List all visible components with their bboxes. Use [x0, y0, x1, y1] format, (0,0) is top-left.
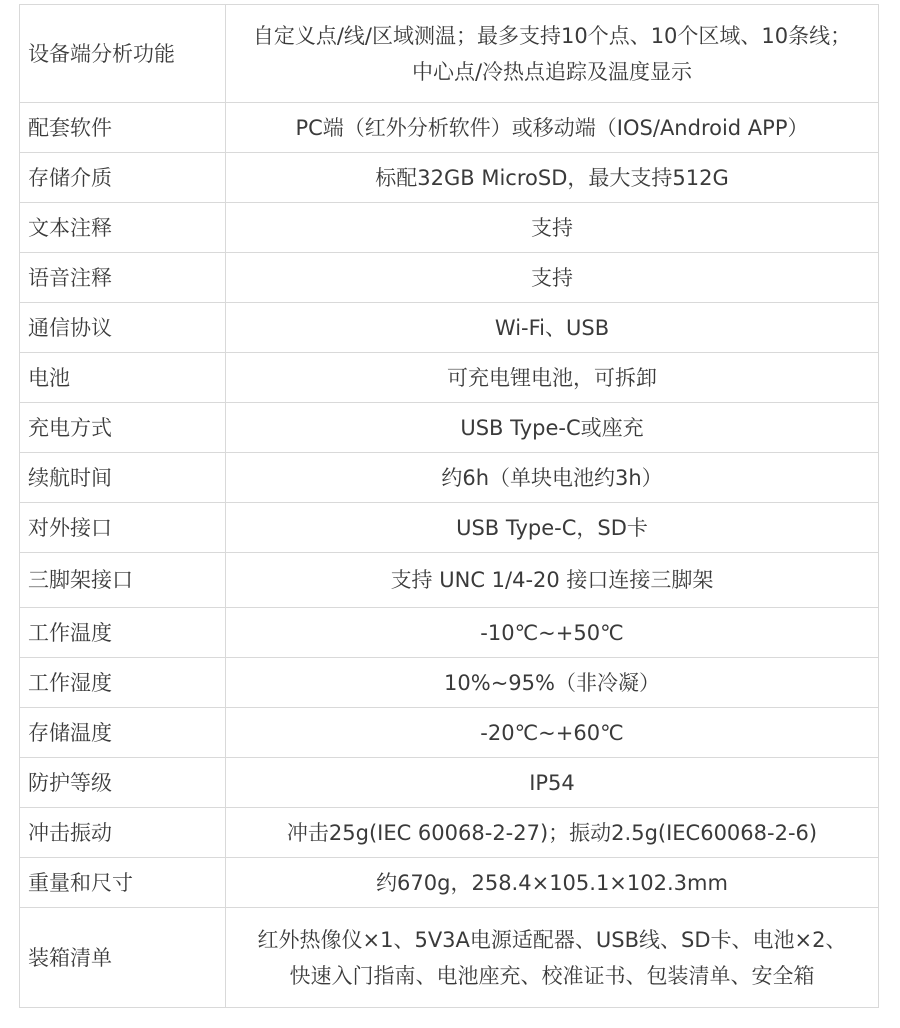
spec-value: USB Type-C或座充: [226, 403, 879, 453]
spec-label: 重量和尺寸: [20, 858, 226, 908]
spec-row-tripod: 三脚架接口 支持 UNC 1/4-20 接口连接三脚架: [20, 553, 879, 608]
spec-row-operating-humidity: 工作湿度 10%~95%（非冷凝）: [20, 658, 879, 708]
spec-row-storage-temp: 存储温度 -20℃~+60℃: [20, 708, 879, 758]
spec-value: 冲击25g(IEC 60068-2-27)；振动2.5g(IEC60068-2-…: [226, 808, 879, 858]
spec-label: 续航时间: [20, 453, 226, 503]
spec-value: 支持: [226, 253, 879, 303]
spec-row-software: 配套软件 PC端（红外分析软件）或移动端（IOS/Android APP）: [20, 103, 879, 153]
spec-value: 约670g，258.4×105.1×102.3mm: [226, 858, 879, 908]
spec-value: 支持 UNC 1/4-20 接口连接三脚架: [226, 553, 879, 608]
spec-label: 文本注释: [20, 203, 226, 253]
spec-value: 自定义点/线/区域测温；最多支持10个点、10个区域、10条线； 中心点/冷热点…: [226, 5, 879, 103]
spec-label: 冲击振动: [20, 808, 226, 858]
spec-label: 装箱清单: [20, 908, 226, 1008]
spec-value: 约6h（单块电池约3h）: [226, 453, 879, 503]
spec-value: -10℃~+50℃: [226, 608, 879, 658]
spec-value: 红外热像仪×1、5V3A电源适配器、USB线、SD卡、电池×2、 快速入门指南、…: [226, 908, 879, 1008]
spec-label: 设备端分析功能: [20, 5, 226, 103]
spec-value: IP54: [226, 758, 879, 808]
spec-label: 工作湿度: [20, 658, 226, 708]
spec-label: 充电方式: [20, 403, 226, 453]
spec-value: PC端（红外分析软件）或移动端（IOS/Android APP）: [226, 103, 879, 153]
spec-value: 标配32GB MicroSD，最大支持512G: [226, 153, 879, 203]
spec-label: 对外接口: [20, 503, 226, 553]
spec-value: 可充电锂电池，可拆卸: [226, 353, 879, 403]
spec-row-charging: 充电方式 USB Type-C或座充: [20, 403, 879, 453]
spec-value: -20℃~+60℃: [226, 708, 879, 758]
spec-row-operating-temp: 工作温度 -10℃~+50℃: [20, 608, 879, 658]
spec-row-voice-note: 语音注释 支持: [20, 253, 879, 303]
spec-label: 通信协议: [20, 303, 226, 353]
spec-value: USB Type-C，SD卡: [226, 503, 879, 553]
spec-label: 工作温度: [20, 608, 226, 658]
spec-row-weight: 重量和尺寸 约670g，258.4×105.1×102.3mm: [20, 858, 879, 908]
spec-row-storage: 存储介质 标配32GB MicroSD，最大支持512G: [20, 153, 879, 203]
spec-label: 防护等级: [20, 758, 226, 808]
spec-value: 10%~95%（非冷凝）: [226, 658, 879, 708]
spec-row-analysis: 设备端分析功能 自定义点/线/区域测温；最多支持10个点、10个区域、10条线；…: [20, 5, 879, 103]
spec-table: 设备端分析功能 自定义点/线/区域测温；最多支持10个点、10个区域、10条线；…: [19, 4, 879, 1008]
spec-value: 支持: [226, 203, 879, 253]
spec-row-battery: 电池 可充电锂电池，可拆卸: [20, 353, 879, 403]
spec-label: 存储介质: [20, 153, 226, 203]
spec-row-protocol: 通信协议 Wi-Fi、USB: [20, 303, 879, 353]
spec-row-interface: 对外接口 USB Type-C，SD卡: [20, 503, 879, 553]
spec-value: Wi-Fi、USB: [226, 303, 879, 353]
spec-row-endurance: 续航时间 约6h（单块电池约3h）: [20, 453, 879, 503]
spec-row-text-note: 文本注释 支持: [20, 203, 879, 253]
spec-label: 三脚架接口: [20, 553, 226, 608]
spec-row-shock: 冲击振动 冲击25g(IEC 60068-2-27)；振动2.5g(IEC600…: [20, 808, 879, 858]
spec-label: 电池: [20, 353, 226, 403]
spec-row-protection: 防护等级 IP54: [20, 758, 879, 808]
spec-label: 存储温度: [20, 708, 226, 758]
spec-label: 语音注释: [20, 253, 226, 303]
spec-row-package: 装箱清单 红外热像仪×1、5V3A电源适配器、USB线、SD卡、电池×2、 快速…: [20, 908, 879, 1008]
spec-label: 配套软件: [20, 103, 226, 153]
